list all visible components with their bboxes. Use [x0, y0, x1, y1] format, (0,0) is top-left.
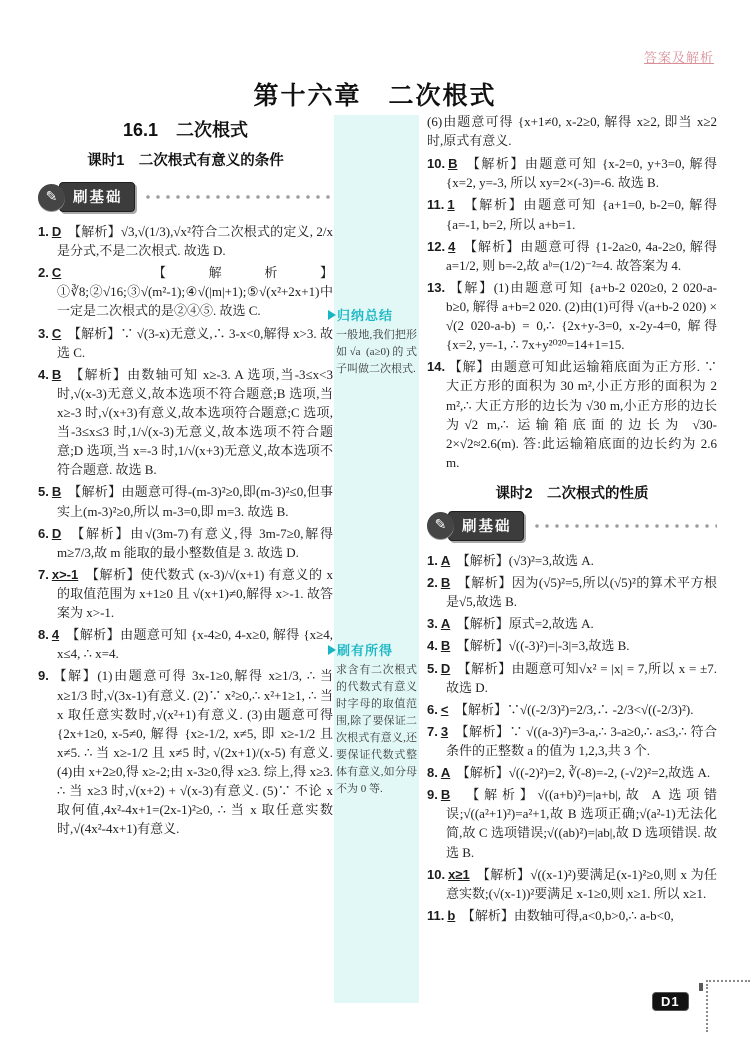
item-answer: A — [441, 765, 450, 780]
item-answer: C — [52, 326, 61, 341]
item-text: 【解析】√((-2)²)=2, ∛(-8)=-2, (-√2)²=2,故选 A. — [450, 765, 710, 780]
item-number: 3. — [38, 326, 49, 341]
answer-item: 7.3 【解析】∵ √((a-3)²)=3-a,∴ 3-a≥0,∴ a≤3,∴ … — [427, 722, 717, 760]
item-text: 【解析】√3,√(1/3),√x²符合二次根式的定义, 2/x 是分式,不是二次… — [57, 224, 333, 258]
item-number: 4. — [427, 638, 438, 653]
answer-item: 3.C 【解析】∵ √(3-x)无意义,∴ 3-x<0,解得 x>3. 故选 C… — [38, 324, 333, 362]
item-text: 【解】(1)由题意可知 {a+b-2 020≥0, 2 020-a-b≥0, 解… — [446, 280, 717, 352]
item-number: 1. — [38, 224, 49, 239]
item-text: 【解析】由数轴可知 x≥-3. A 选项,当-3≤x<3 时,√(x-3)无意义… — [57, 367, 333, 478]
item-answer: x>-1 — [52, 567, 78, 582]
item-answer: x≥1 — [448, 867, 470, 882]
answer-item: 4.B 【解析】由数轴可知 x≥-3. A 选项,当-3≤x<3 时,√(x-3… — [38, 365, 333, 480]
item-number: 3. — [427, 616, 438, 631]
item-number: 9. — [38, 668, 49, 683]
item-number: 9. — [427, 787, 438, 802]
trim-mark-tick — [699, 983, 703, 991]
right-column: (6)由题意可得 {x+1≠0, x-2≥0, 解得 x≥2, 即当 x≥2 时… — [427, 112, 717, 928]
note-title: 刷有所得 — [337, 640, 393, 659]
item-text: 【解析】①∛8;②√16;③√(m²-1);④√(|m|+1);⑤√(x²+2x… — [57, 265, 333, 318]
item-answer: 3 — [441, 724, 448, 739]
note-summary: 归纳总结 一般地,我们把形如√a (a≥0)的式子叫做二次根式. — [336, 305, 417, 378]
answer-item: 14.【解】由题意可知此运输箱底面为正方形. ∵ 大正方形的面积为 30 m²,… — [427, 357, 717, 472]
item-answer: B — [441, 787, 450, 802]
item-number: 8. — [427, 765, 438, 780]
dotted-divider — [143, 194, 334, 200]
page-number-badge: D1 — [652, 992, 689, 1011]
answer-list-lesson1: 1.D 【解析】√3,√(1/3),√x²符合二次根式的定义, 2/x 是分式,… — [38, 222, 333, 838]
item-number: 13. — [427, 280, 445, 295]
item-answer: C — [52, 265, 61, 280]
answer-item: 6.< 【解析】∵√((-2/3)²)=2/3,∴ -2/3<√((-2/3)²… — [427, 700, 717, 719]
item-answer: A — [441, 616, 450, 631]
drill-basics-badge: 刷基础 — [448, 511, 524, 541]
lesson2-title: 课时2 二次根式的性质 — [427, 482, 717, 503]
answer-list-lesson1-cont: 10.B 【解析】由题意可知 {x-2=0, y+3=0, 解得 {x=2, y… — [427, 154, 717, 472]
item-number: 7. — [38, 567, 49, 582]
item-number: 1. — [427, 553, 438, 568]
trim-mark-vertical — [706, 984, 708, 1032]
left-column: 16.1 二次根式 课时1 二次根式有意义的条件 ✎ 刷基础 1.D 【解析】√… — [38, 116, 333, 841]
item-text: 【解析】由题意可得-(m-3)²≥0,即(m-3)²≤0,但事实上(m-3)²≥… — [57, 484, 333, 518]
item-text: 【解析】由√(3m-7)有意义,得 3m-7≥0,解得 m≥7/3,故 m 能取… — [57, 526, 333, 560]
item-number: 7. — [427, 724, 438, 739]
answer-item: 10.B 【解析】由题意可知 {x-2=0, y+3=0, 解得 {x=2, y… — [427, 154, 717, 192]
answer-item: 6.D 【解析】由√(3m-7)有意义,得 3m-7≥0,解得 m≥7/3,故 … — [38, 524, 333, 562]
answer-item: 1.A 【解析】(√3)²=3,故选 A. — [427, 551, 717, 570]
answer-item: 11.b 【解析】由数轴可得,a<0,b>0,∴ a-b<0, — [427, 906, 717, 925]
item-text: 【解析】原式=2,故选 A. — [450, 616, 593, 631]
item-text: 【解析】(√3)²=3,故选 A. — [450, 553, 594, 568]
item-text: 【解析】由题意可知√x² = |x| = 7,所以 x = ±7. 故选 D. — [446, 661, 717, 695]
item-number: 2. — [427, 575, 438, 590]
dotted-divider — [532, 523, 718, 529]
item-answer: B — [441, 575, 450, 590]
item-number: 8. — [38, 627, 49, 642]
item-answer: D — [441, 661, 450, 676]
answer-item: 2.B 【解析】因为(√5)²=5,所以(√5)²的算术平方根是√5,故选 B. — [427, 573, 717, 611]
item-number: 10. — [427, 867, 445, 882]
answer-item: 8.A 【解析】√((-2)²)=2, ∛(-8)=-2, (-√2)²=2,故… — [427, 763, 717, 782]
lesson1-title: 课时1 二次根式有意义的条件 — [38, 149, 333, 170]
answer-item: 9.B 【解析】√((a+b)²)=|a+b|,故 A 选项错误;√((a²+1… — [427, 785, 717, 861]
item-text: 【解析】√((-3)²)=|-3|=3,故选 B. — [450, 638, 629, 653]
item-answer: 1 — [447, 197, 454, 212]
item-text: 【解析】由题意可知 {x-2=0, y+3=0, 解得 {x=2, y=-3, … — [446, 156, 717, 190]
item-number: 12. — [427, 239, 445, 254]
item-text: 【解析】∵ √(3-x)无意义,∴ 3-x<0,解得 x>3. 故选 C. — [57, 326, 333, 360]
note-takeaway: 刷有所得 求含有二次根式的代数式有意义时字母的取值范围,除了要保证二次根式有意义… — [336, 640, 417, 798]
item-number: 11. — [427, 197, 444, 212]
answer-item: 4.B 【解析】√((-3)²)=|-3|=3,故选 B. — [427, 636, 717, 655]
item-number: 4. — [38, 367, 49, 382]
answer-item: 3.A 【解析】原式=2,故选 A. — [427, 614, 717, 633]
item-text: 【解析】∵√((-2/3)²)=2/3,∴ -2/3<√((-2/3)²). — [448, 702, 693, 717]
item-number: 2. — [38, 265, 49, 280]
item-answer: 4 — [52, 627, 59, 642]
item-number: 11. — [427, 908, 444, 923]
answer-item: 2.C 【解析】①∛8;②√16;③√(m²-1);④√(|m|+1);⑤√(x… — [38, 263, 333, 320]
answer-item: 7.x>-1 【解析】使代数式 (x-3)/√(x+1) 有意义的 x 的取值范… — [38, 565, 333, 622]
drill-basics-badge-row: ✎ 刷基础 — [427, 511, 717, 541]
item-answer: B — [52, 367, 61, 382]
item-number: 6. — [427, 702, 438, 717]
answer-item: 8.4 【解析】由题意可知 {x-4≥0, 4-x≥0, 解得 {x≥4, x≤… — [38, 625, 333, 663]
note-body: 求含有二次根式的代数式有意义时字母的取值范围,除了要保证二次根式有意义,还要保证… — [336, 662, 417, 798]
answer-list-lesson2: 1.A 【解析】(√3)²=3,故选 A.2.B 【解析】因为(√5)²=5,所… — [427, 551, 717, 925]
item-number: 5. — [427, 661, 438, 676]
drill-basics-badge-row: ✎ 刷基础 — [38, 182, 333, 212]
drill-basics-badge: 刷基础 — [59, 182, 135, 212]
item-answer: A — [441, 553, 450, 568]
item-number: 6. — [38, 526, 49, 541]
item-text: 【解析】√((a+b)²)=|a+b|,故 A 选项错误;√((a²+1)²)=… — [446, 787, 717, 859]
answer-item: 13.【解】(1)由题意可知 {a+b-2 020≥0, 2 020-a-b≥0… — [427, 278, 717, 354]
item-text: 【解析】由题意可得 {1-2a≥0, 4a-2≥0, 解得 a=1/2, 则 b… — [446, 239, 717, 273]
item-text: 【解析】由数轴可得,a<0,b>0,∴ a-b<0, — [455, 908, 673, 923]
answer-item: 12.4 【解析】由题意可得 {1-2a≥0, 4a-2≥0, 解得 a=1/2… — [427, 237, 717, 275]
item9-continuation: (6)由题意可得 {x+1≠0, x-2≥0, 解得 x≥2, 即当 x≥2 时… — [427, 112, 717, 150]
item-text: 【解析】因为(√5)²=5,所以(√5)²的算术平方根是√5,故选 B. — [446, 575, 717, 609]
item-answer: B — [52, 484, 61, 499]
answer-item: 5.D 【解析】由题意可知√x² = |x| = 7,所以 x = ±7. 故选… — [427, 659, 717, 697]
item-text: 【解析】由题意可知 {x-4≥0, 4-x≥0, 解得 {x≥4, x≤4, ∴… — [57, 627, 333, 661]
answers-header-label: 答案及解析 — [644, 47, 714, 66]
answer-item: 9.【解】(1)由题意可得 3x-1≥0,解得 x≥1/3, ∴ 当 x≥1/3… — [38, 666, 333, 838]
answer-item: 11.1 【解析】由题意可知 {a+1=0, b-2=0, 解得 {a=-1, … — [427, 195, 717, 233]
margin-notes-strip: 归纳总结 一般地,我们把形如√a (a≥0)的式子叫做二次根式. 刷有所得 求含… — [334, 115, 419, 1003]
note-body: 一般地,我们把形如√a (a≥0)的式子叫做二次根式. — [336, 327, 417, 378]
item-number: 5. — [38, 484, 49, 499]
item-answer: D — [52, 526, 61, 541]
chapter-title: 第十六章 二次根式 — [0, 76, 750, 112]
item-answer: B — [441, 638, 450, 653]
section-title: 16.1 二次根式 — [38, 116, 333, 142]
item-text: 【解】由题意可知此运输箱底面为正方形. ∵ 大正方形的面积为 30 m²,小正方… — [446, 359, 717, 470]
trim-mark-horizontal — [706, 980, 750, 982]
item-number: 10. — [427, 156, 445, 171]
item-text: 【解析】√((x-1)²)要满足(x-1)²≥0,则 x 为任意实数;(√(x-… — [446, 867, 717, 901]
item-text: 【解】(1)由题意可得 3x-1≥0,解得 x≥1/3, ∴ 当 x≥1/3 时… — [52, 668, 333, 836]
item-text: 【解析】∵ √((a-3)²)=3-a,∴ 3-a≥0,∴ a≤3,∴ 符合条件… — [446, 724, 717, 758]
answer-item: 5.B 【解析】由题意可得-(m-3)²≥0,即(m-3)²≤0,但事实上(m-… — [38, 482, 333, 520]
item-number: 14. — [427, 359, 445, 374]
item-text: 【解析】使代数式 (x-3)/√(x+1) 有意义的 x 的取值范围为 x+1≥… — [57, 567, 333, 620]
item-answer: D — [52, 224, 61, 239]
answer-item: 1.D 【解析】√3,√(1/3),√x²符合二次根式的定义, 2/x 是分式,… — [38, 222, 333, 260]
note-title: 归纳总结 — [337, 305, 393, 324]
pencil-icon: ✎ — [38, 184, 65, 211]
answer-item: 10.x≥1 【解析】√((x-1)²)要满足(x-1)²≥0,则 x 为任意实… — [427, 865, 717, 903]
item-text: 【解析】由题意可知 {a+1=0, b-2=0, 解得 {a=-1, b=2, … — [446, 197, 717, 231]
